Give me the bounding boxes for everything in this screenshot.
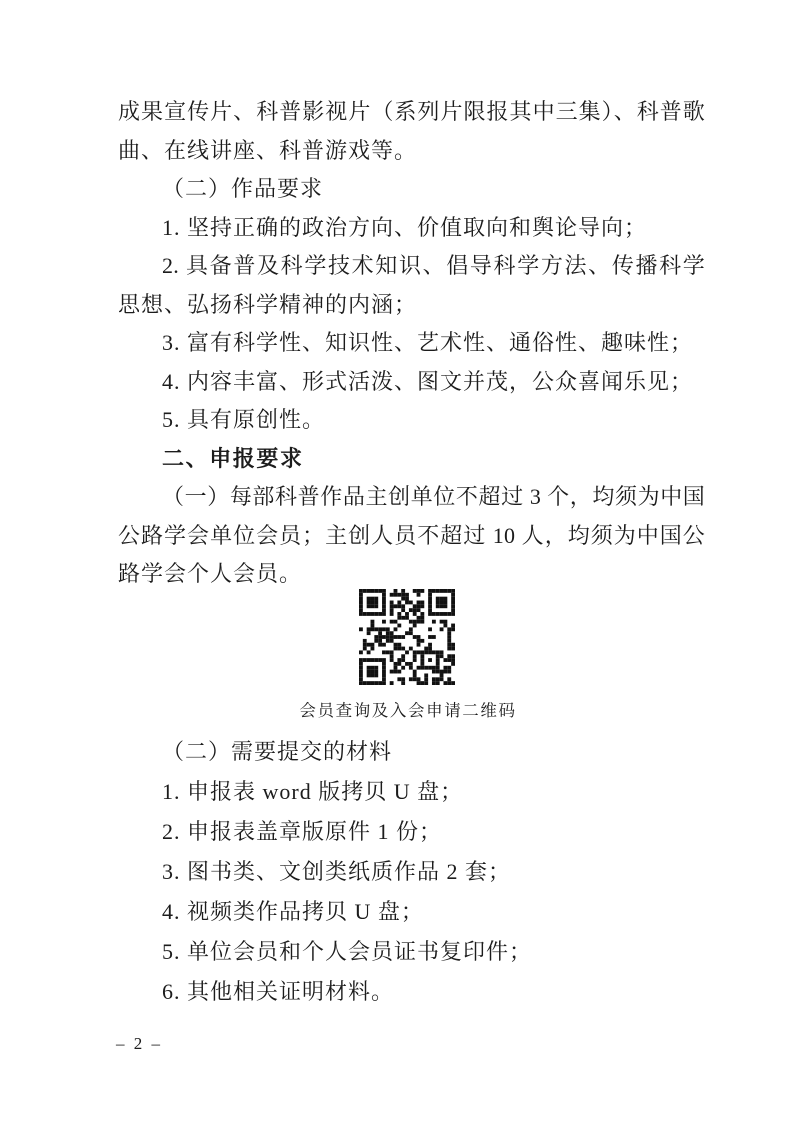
paragraph-line: 成果宣传片、科普影视片（系列片限报其中三集）、科普歌 — [118, 93, 705, 132]
list-item: 2. 具备普及科学技术知识、倡导科学方法、传播科学 — [118, 247, 705, 286]
list-item: 3. 富有科学性、知识性、艺术性、通俗性、趣味性； — [118, 324, 705, 363]
paragraph-line: 公路学会单位会员；主创人员不超过 10 人，均须为中国公 — [118, 517, 705, 556]
paragraph-line: 曲、在线讲座、科普游戏等。 — [118, 132, 705, 171]
list-item: 4. 视频类作品拷贝 U 盘； — [118, 892, 705, 932]
paragraph-line: （一）每部科普作品主创单位不超过 3 个，均须为中国 — [118, 478, 705, 517]
list-item: 6. 其他相关证明材料。 — [118, 972, 705, 1012]
list-item: 3. 图书类、文创类纸质作品 2 套； — [118, 852, 705, 892]
list-item: 2. 申报表盖章版原件 1 份； — [118, 812, 705, 852]
list-item: 1. 坚持正确的政治方向、价值取向和舆论导向； — [118, 209, 705, 248]
paragraph-line: 路学会个人会员。 — [118, 555, 705, 594]
list-item-continuation: 思想、弘扬科学精神的内涵； — [118, 286, 705, 325]
document-page: 成果宣传片、科普影视片（系列片限报其中三集）、科普歌 曲、在线讲座、科普游戏等。… — [0, 0, 794, 1123]
section-heading-application-requirements: 二、申报要求 — [118, 440, 705, 479]
list-item: 5. 具有原创性。 — [118, 401, 705, 440]
materials-section: （二）需要提交的材料 1. 申报表 word 版拷贝 U 盘； 2. 申报表盖章… — [118, 732, 705, 1012]
qr-code-image — [359, 589, 455, 685]
qr-caption: 会员查询及入会申请二维码 — [0, 699, 794, 723]
document-body: 成果宣传片、科普影视片（系列片限报其中三集）、科普歌 曲、在线讲座、科普游戏等。… — [118, 93, 705, 594]
section-heading-materials: （二）需要提交的材料 — [118, 732, 705, 772]
list-item: 4. 内容丰富、形式活泼、图文并茂，公众喜闻乐见； — [118, 363, 705, 402]
list-item: 5. 单位会员和个人会员证书复印件； — [118, 932, 705, 972]
section-heading-work-requirements: （二）作品要求 — [118, 170, 705, 209]
list-item: 1. 申报表 word 版拷贝 U 盘； — [118, 772, 705, 812]
page-number: – 2 – — [116, 1032, 163, 1056]
